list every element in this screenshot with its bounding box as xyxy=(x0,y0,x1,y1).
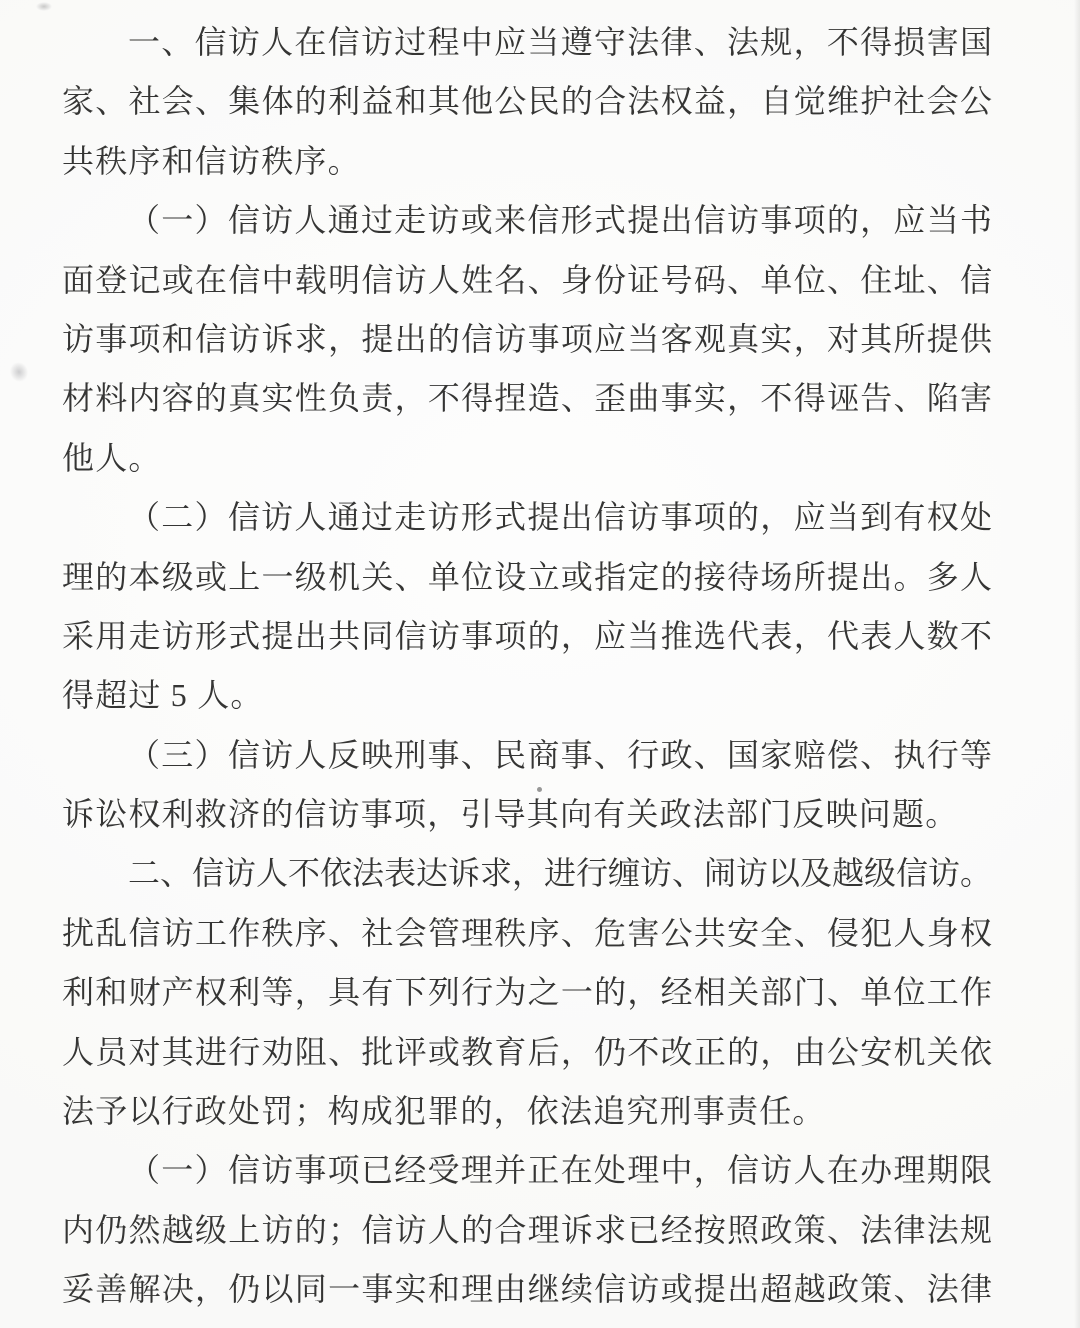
text-line: 人员对其进行劝阻、批评或教育后，仍不改正的，由公安机关依 xyxy=(62,1023,992,1082)
text-line: 材料内容的真实性负责，不得捏造、歪曲事实，不得诬告、陷害 xyxy=(62,369,992,428)
text-line: 扰乱信访工作秩序、社会管理秩序、危害公共安全、侵犯人身权 xyxy=(62,904,992,963)
document-text-block: 一、信访人在信访过程中应当遵守法律、法规，不得损害国 家、社会、集体的利益和其他… xyxy=(62,13,992,1320)
text-line: 法予以行政处罚；构成犯罪的，依法追究刑事责任。 xyxy=(62,1082,992,1141)
text-line: 访事项和信访诉求，提出的信访事项应当客观真实，对其所提供 xyxy=(62,310,992,369)
text-line: 得超过 5 人。 xyxy=(62,666,992,725)
text-line: 共秩序和信访秩序。 xyxy=(62,132,992,191)
text-line: 妥善解决，仍以同一事实和理由继续信访或提出超越政策、法律 xyxy=(62,1260,992,1319)
text-line: 理的本级或上一级机关、单位设立或指定的接待场所提出。多人 xyxy=(62,548,992,607)
text-line: 二、信访人不依法表达诉求，进行缠访、闹访以及越级信访。 xyxy=(62,844,992,903)
text-line: 一、信访人在信访过程中应当遵守法律、法规，不得损害国 xyxy=(62,13,992,72)
text-line: 利和财产权利等，具有下列行为之一的，经相关部门、单位工作 xyxy=(62,963,992,1022)
text-line: （二）信访人通过走访形式提出信访事项的，应当到有权处 xyxy=(62,488,992,547)
text-line: （三）信访人反映刑事、民商事、行政、国家赔偿、执行等 xyxy=(62,726,992,785)
text-line: 他人。 xyxy=(62,429,992,488)
text-line: 面登记或在信中载明信访人姓名、身份证号码、单位、住址、信 xyxy=(62,251,992,310)
text-line: （一）信访人通过走访或来信形式提出信访事项的，应当书 xyxy=(62,191,992,250)
text-line: （一）信访事项已经受理并正在处理中，信访人在办理期限 xyxy=(62,1141,992,1200)
text-line: 诉讼权利救济的信访事项，引导其向有关政法部门反映问题。 xyxy=(62,785,992,844)
scanned-document-page: { "page": { "background": "#fbfbfa", "te… xyxy=(0,0,1080,1328)
text-line: 采用走访形式提出共同信访事项的，应当推选代表，代表人数不 xyxy=(62,607,992,666)
text-line: 家、社会、集体的利益和其他公民的合法权益，自觉维护社会公 xyxy=(62,72,992,131)
text-line: 内仍然越级上访的；信访人的合理诉求已经按照政策、法律法规 xyxy=(62,1201,992,1260)
